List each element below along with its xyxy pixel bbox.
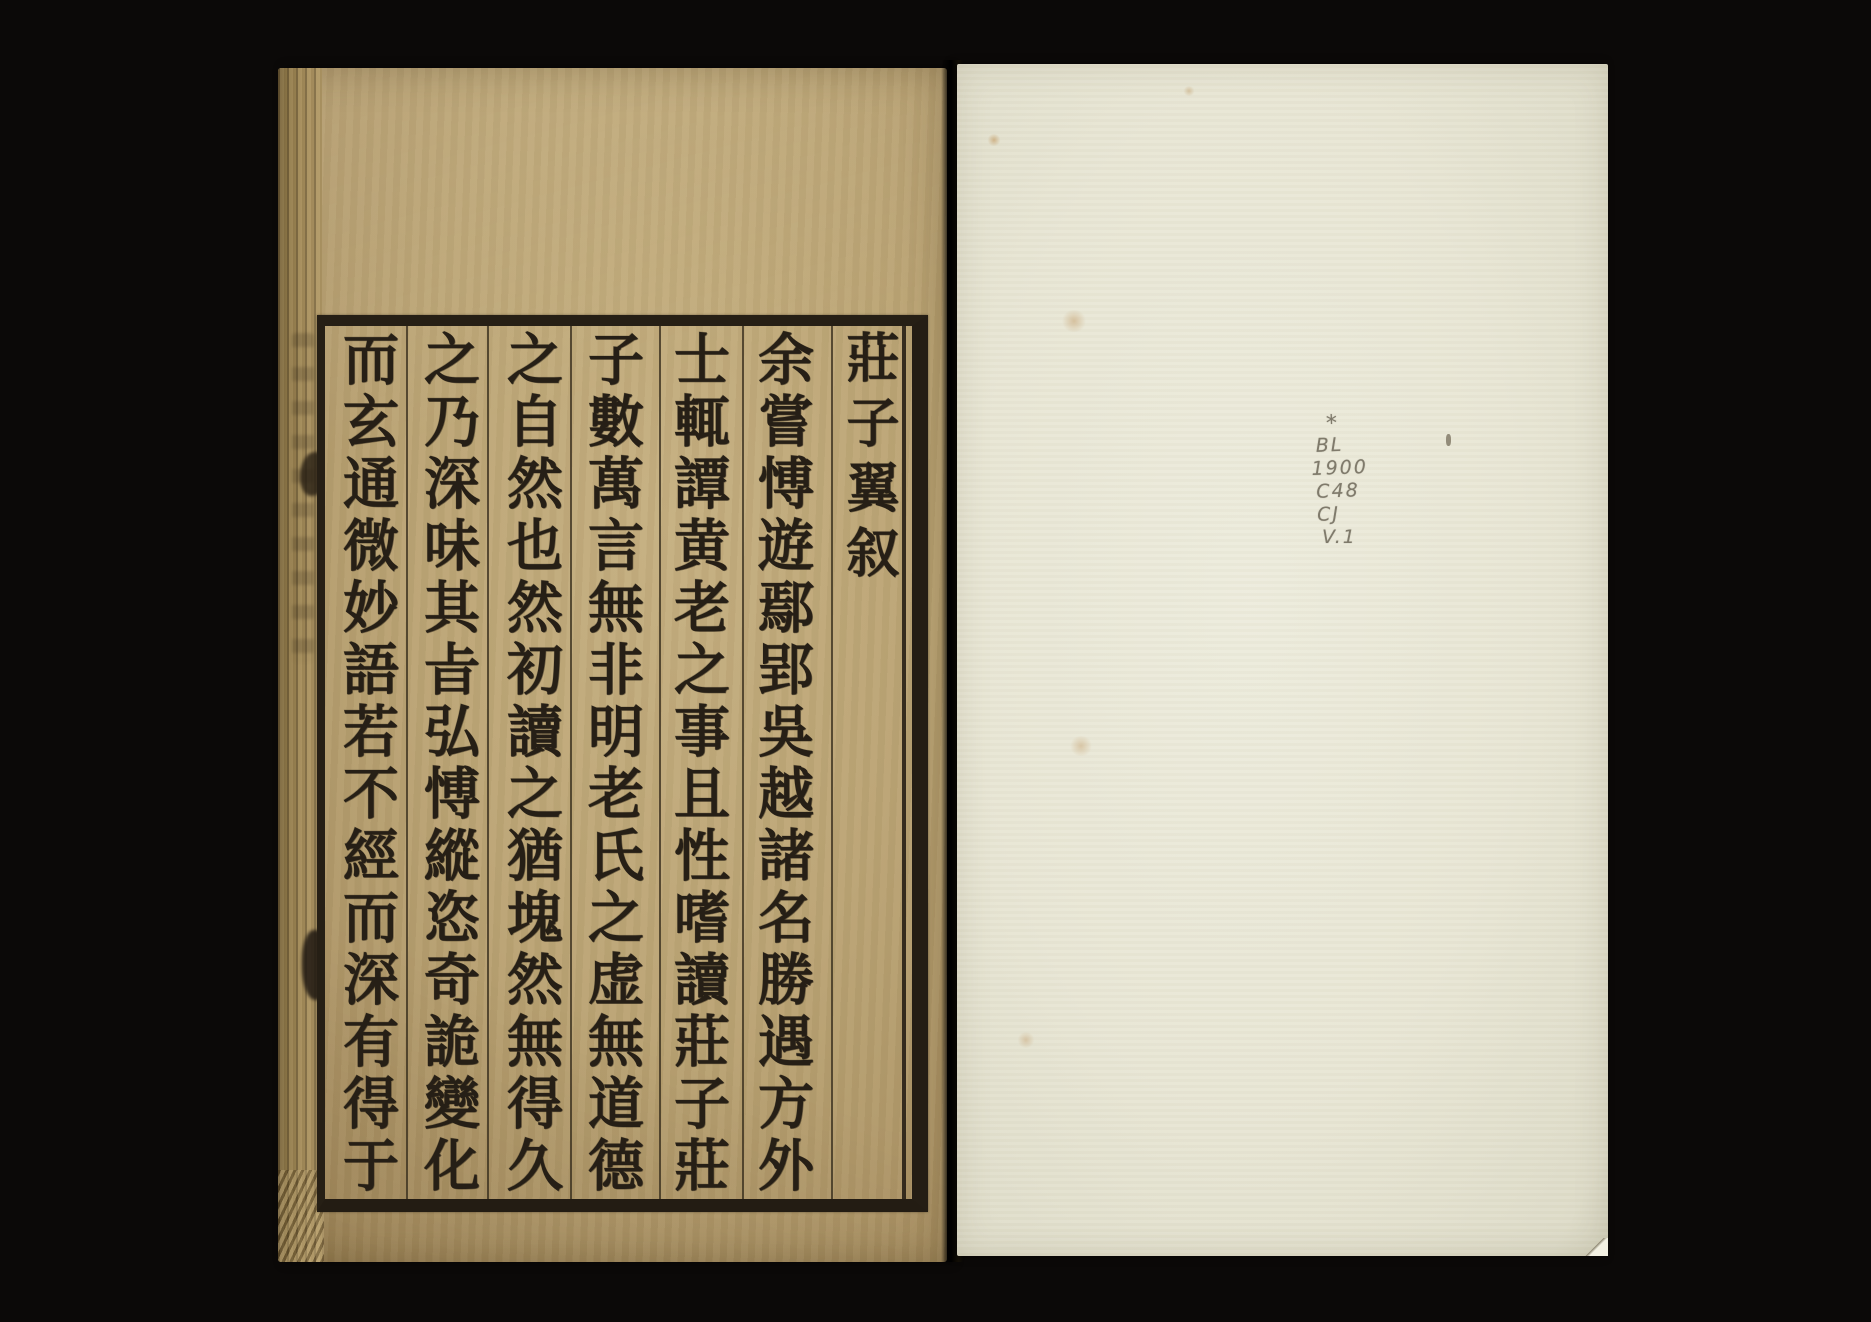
foxing-spot bbox=[1183, 86, 1195, 96]
foxing-spot bbox=[1069, 736, 1093, 756]
text-column-3: 士輒譚黄老之事且性嗜讀莊子莊 bbox=[662, 330, 734, 1198]
column-separator bbox=[406, 326, 408, 1199]
text-column-5: 之自然也然初讀之猶塊然無得久 bbox=[495, 330, 567, 1198]
call-number-line: C48 bbox=[1316, 479, 1369, 504]
column-separator bbox=[742, 326, 744, 1199]
corner-fold bbox=[1582, 1238, 1608, 1256]
foxing-spot bbox=[1017, 1032, 1035, 1048]
call-number-line: BL bbox=[1315, 433, 1367, 458]
left-page: 莊子翼叙 余嘗愽遊鄢郢吳越諸名勝遇方外 士輒譚黄老之事且性嗜讀莊子莊 子數萬言無… bbox=[278, 68, 947, 1262]
text-column-2: 余嘗愽遊鄢郢吳越諸名勝遇方外 bbox=[746, 330, 818, 1198]
faded-cover-glyphs bbox=[292, 333, 314, 663]
column-separator bbox=[487, 326, 489, 1199]
title-column: 莊子翼叙 bbox=[831, 330, 907, 590]
text-column-7: 而玄通微妙語若不經而深有得于 bbox=[331, 330, 403, 1198]
call-number-line: CJ bbox=[1317, 502, 1370, 527]
binding-edge bbox=[278, 68, 322, 1262]
foxing-spot bbox=[987, 134, 1001, 146]
column-separator bbox=[570, 326, 572, 1199]
paper-texture bbox=[957, 64, 1608, 1256]
book-scan: 莊子翼叙 余嘗愽遊鄢郢吳越諸名勝遇方外 士輒譚黄老之事且性嗜讀莊子莊 子數萬言無… bbox=[0, 0, 1871, 1322]
call-number-line: V.1 bbox=[1322, 526, 1370, 549]
foxing-spot bbox=[1061, 310, 1087, 332]
column-separator bbox=[659, 326, 661, 1199]
right-page: * BL 1900 C48 CJ V.1 bbox=[957, 64, 1608, 1256]
call-number-line: 1900 bbox=[1311, 456, 1368, 481]
pencil-call-number: * BL 1900 C48 CJ V.1 bbox=[1310, 413, 1371, 550]
paper-fleck bbox=[1446, 434, 1451, 446]
stacked-leaf-edges bbox=[278, 68, 322, 1262]
text-column-6: 之乃深味其㫖弘愽縱恣奇詭變化 bbox=[412, 330, 484, 1198]
call-number-line: * bbox=[1326, 413, 1367, 434]
text-column-4: 子數萬言無非明老氏之虚無道德 bbox=[576, 330, 648, 1198]
